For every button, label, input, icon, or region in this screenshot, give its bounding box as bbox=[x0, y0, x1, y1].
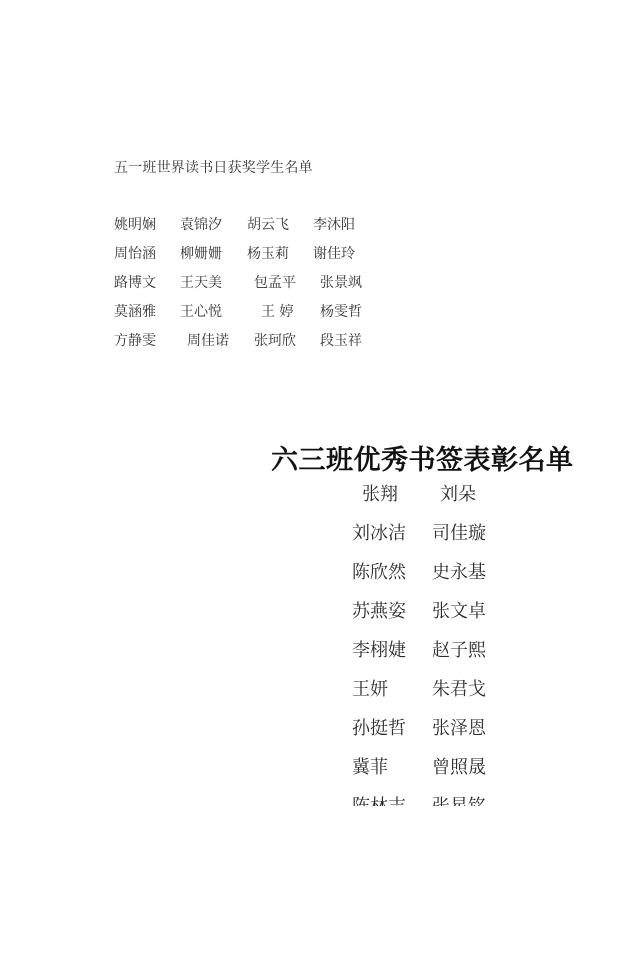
name-row: 张翔 刘朵 bbox=[340, 480, 520, 519]
student-name: 段玉祥 bbox=[320, 330, 362, 350]
student-name: 路博文 bbox=[114, 272, 156, 292]
student-name: 刘朵 bbox=[440, 480, 476, 506]
student-name: 姚明娴 bbox=[114, 214, 156, 234]
section1-title: 五一班世界读书日获奖学生名单 bbox=[114, 157, 313, 177]
student-name: 张翔 bbox=[362, 480, 398, 506]
section2-name-list: 张翔 刘朵 刘冰洁 司佳璇 陈欣然 史永基 苏燕姿 张文卓 李栩婕 赵子熙 王妍… bbox=[340, 480, 520, 806]
section2-title: 六三班优秀书签表彰名单 bbox=[271, 438, 574, 477]
student-name: 苏燕姿 bbox=[352, 597, 406, 623]
student-name: 莫涵雅 bbox=[114, 301, 156, 321]
name-row: 姚明娴 袁锦汐 胡云飞 李沐阳 bbox=[114, 214, 384, 243]
name-row: 方静雯 周佳诺 张珂欣 段玉祥 bbox=[114, 330, 384, 359]
student-name: 张星铭 bbox=[432, 792, 486, 806]
name-row: 王妍 朱君戈 bbox=[340, 675, 520, 714]
student-name: 赵子熙 bbox=[432, 636, 486, 662]
name-row: 陈欣然 史永基 bbox=[340, 558, 520, 597]
name-row: 苏燕姿 张文卓 bbox=[340, 597, 520, 636]
name-row: 冀菲 曾照晟 bbox=[340, 753, 520, 792]
student-name: 朱君戈 bbox=[432, 675, 486, 701]
section1-name-list: 姚明娴 袁锦汐 胡云飞 李沐阳 周怡涵 柳姗姗 杨玉莉 谢佳玲 路博文 王天美 … bbox=[114, 214, 384, 359]
student-name: 司佳璇 bbox=[432, 519, 486, 545]
student-name: 张文卓 bbox=[432, 597, 486, 623]
student-name: 陈欣然 bbox=[352, 558, 406, 584]
student-name: 周佳诺 bbox=[187, 330, 229, 350]
student-name: 陈林志 bbox=[352, 792, 406, 806]
student-name: 刘冰洁 bbox=[352, 519, 406, 545]
student-name: 李沐阳 bbox=[313, 214, 355, 234]
student-name: 李栩婕 bbox=[352, 636, 406, 662]
student-name: 孙挺哲 bbox=[352, 714, 406, 740]
name-row: 陈林志 张星铭 bbox=[340, 792, 520, 806]
student-name: 周怡涵 bbox=[114, 243, 156, 263]
student-name: 胡云飞 bbox=[247, 214, 289, 234]
student-name: 张泽恩 bbox=[432, 714, 486, 740]
student-name: 王天美 bbox=[180, 272, 222, 292]
student-name: 张景飒 bbox=[320, 272, 362, 292]
student-name: 史永基 bbox=[432, 558, 486, 584]
student-name: 曾照晟 bbox=[432, 753, 486, 779]
name-row: 李栩婕 赵子熙 bbox=[340, 636, 520, 675]
name-row: 周怡涵 柳姗姗 杨玉莉 谢佳玲 bbox=[114, 243, 384, 272]
student-name: 杨雯哲 bbox=[320, 301, 362, 321]
name-row: 刘冰洁 司佳璇 bbox=[340, 519, 520, 558]
name-row: 莫涵雅 王心悦 王 婷 杨雯哲 bbox=[114, 301, 384, 330]
student-name: 冀菲 bbox=[352, 753, 388, 779]
name-row: 孙挺哲 张泽恩 bbox=[340, 714, 520, 753]
student-name: 王 婷 bbox=[261, 301, 293, 321]
student-name: 包孟平 bbox=[254, 272, 296, 292]
name-row: 路博文 王天美 包孟平 张景飒 bbox=[114, 272, 384, 301]
student-name: 谢佳玲 bbox=[313, 243, 355, 263]
student-name: 王妍 bbox=[352, 675, 388, 701]
student-name: 王心悦 bbox=[180, 301, 222, 321]
student-name: 袁锦汐 bbox=[180, 214, 222, 234]
student-name: 杨玉莉 bbox=[247, 243, 289, 263]
student-name: 方静雯 bbox=[114, 330, 156, 350]
student-name: 张珂欣 bbox=[254, 330, 296, 350]
student-name: 柳姗姗 bbox=[180, 243, 222, 263]
